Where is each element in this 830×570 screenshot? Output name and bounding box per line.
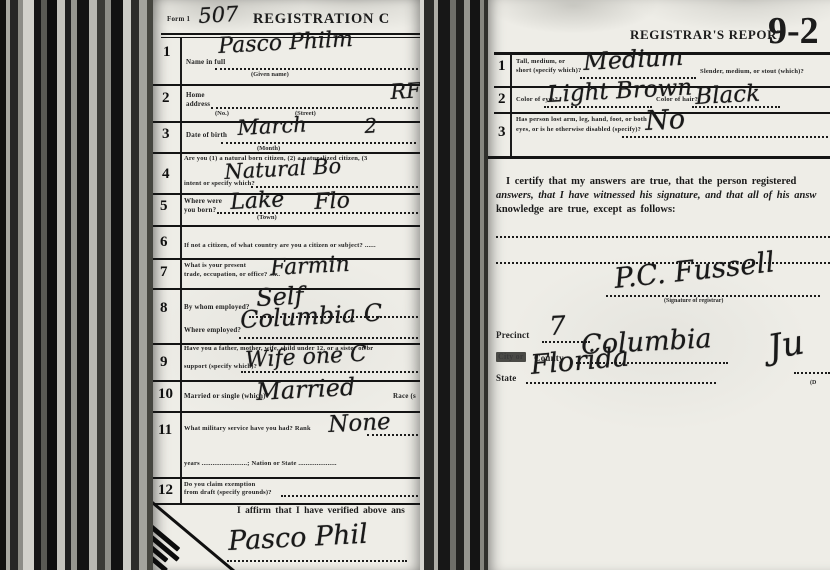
row11-divider [153, 477, 420, 479]
registrar-signature-caption: (Signature of registrar) [664, 298, 723, 304]
row12-label-line2: from draft (specify grounds)? [184, 489, 272, 497]
registration-date-handwritten: Ju [765, 322, 807, 368]
row12-line [281, 495, 418, 497]
row11-label: What military service have you had? Rank [184, 425, 311, 433]
row5-number: 5 [160, 198, 168, 215]
row6-number: 6 [160, 234, 168, 251]
row8-where-handwritten: Columbia C [240, 299, 383, 334]
row2-address-handwritten: RF [390, 78, 420, 104]
corner-stamp [153, 516, 188, 570]
row1-line [215, 68, 418, 70]
row7-label-line1: What is your present [184, 262, 246, 270]
row7-number: 7 [160, 264, 168, 281]
row1-name-handwritten: Pasco Philm [218, 27, 354, 59]
state-line [526, 382, 716, 384]
report-row1-label-right: Slender, medium, or stout (which)? [700, 68, 804, 76]
registration-card-page: Form 1 507 REGISTRATION C 1 Name in full… [153, 0, 420, 570]
report-row3-disabled-handwritten: No [644, 104, 685, 137]
row3-label: Date of birth [186, 131, 227, 140]
report-row1-label-line2: short (specify which)? [516, 67, 581, 75]
signature-line [227, 560, 407, 562]
report-row3-label-line1: Has person lost arm, leg, hand, foot, or… [516, 116, 647, 124]
date-line [794, 372, 830, 374]
registrar-signature: P.C. Fussell [613, 245, 777, 295]
row1-number: 1 [163, 44, 171, 61]
report-row1-number: 1 [498, 58, 506, 75]
row2-number: 2 [162, 90, 170, 107]
row7-trade-handwritten: Farmin [270, 252, 351, 281]
row4-number: 4 [162, 166, 170, 183]
row11-label2: years .........................; Nation … [184, 460, 337, 468]
certify-line2: answers, that I have witnessed his signa… [496, 190, 816, 201]
state-label: State [496, 373, 517, 384]
precinct-handwritten: 7 [548, 311, 566, 342]
number-column-rule [180, 38, 182, 503]
card-box-bottom [153, 503, 420, 505]
report-row3-number: 3 [498, 124, 506, 141]
registrar-signature-line [606, 295, 820, 297]
precinct-label: Precinct [496, 330, 529, 341]
row12-number: 12 [158, 482, 173, 499]
date-caption: (D [810, 380, 816, 386]
row2-label: Home address [186, 91, 228, 109]
row5-town-handwritten: Lake [230, 187, 285, 215]
report-row2-line1 [544, 106, 652, 108]
film-stripe-band-left [0, 0, 153, 570]
report-number-column-rule [510, 54, 512, 158]
row7-label-line2: trade, occupation, or office? ...... [184, 271, 280, 279]
row3-day-handwritten: 2 [364, 113, 378, 138]
report-row2-line2 [692, 106, 780, 108]
row3-month-handwritten: March [237, 112, 308, 140]
row4-divider [153, 193, 420, 195]
row5-divider [153, 225, 420, 227]
row3-line [221, 142, 416, 144]
report-title: REGISTRAR'S REPORT [630, 27, 786, 43]
registrant-signature: Pasco Phil [227, 519, 368, 557]
exceptions-line1 [496, 236, 830, 238]
row9-line [241, 371, 418, 373]
report-stamp-number: 9-2 [768, 12, 819, 50]
row11-number: 11 [158, 422, 172, 439]
row1-label: Name in full [186, 58, 225, 67]
row9-number: 9 [160, 354, 168, 371]
row1-divider [153, 84, 420, 86]
certify-line1: I certify that my answers are true, that… [506, 176, 796, 187]
film-stripe-band-middle [420, 0, 488, 570]
row4-label-bottom: intent or specify which? [184, 180, 255, 188]
row6-label: If not a citizen, of what country are yo… [184, 242, 376, 250]
row10-number: 10 [158, 386, 173, 403]
row2-line [211, 107, 418, 109]
scanned-document: { "left": { "form_label": "Form 1", "ser… [0, 0, 830, 570]
row12-label-line1: Do you claim exemption [184, 481, 255, 489]
form-number-label: Form 1 [167, 15, 190, 24]
report-row2-number: 2 [498, 91, 506, 108]
row8-line2 [239, 337, 418, 339]
row2-sublabel-no: (No.) [215, 110, 229, 117]
report-row1-build-handwritten: Medium [583, 43, 684, 76]
state-handwritten: Florida [529, 342, 630, 381]
county-label-struck: City or [496, 352, 526, 362]
card-title: REGISTRATION C [253, 11, 390, 28]
certify-line3: knowledge are true, except as follows: [496, 204, 676, 215]
row5-sublabel: (Town) [257, 214, 277, 221]
report-row3-line [622, 136, 828, 138]
serial-number-handwritten: 507 [198, 2, 239, 28]
report-row1-label-line1: Tall, medium, or [516, 58, 565, 66]
row8-label2: Where employed? [184, 326, 241, 335]
report-box-bottom [488, 156, 830, 159]
row3-divider [153, 152, 420, 154]
row3-number: 3 [162, 126, 170, 143]
affirmation-text: I affirm that I have verified above ans [237, 506, 405, 516]
row8-number: 8 [160, 300, 168, 317]
report-row2-label-hair: Color of hair? [656, 96, 698, 104]
row5-state-handwritten: Flo [314, 188, 351, 215]
row10-race-label: Race (s [393, 392, 416, 401]
report-row3-label-line2: eyes, or is he otherwise disabled (speci… [516, 126, 641, 134]
registrars-report-page: REGISTRAR'S REPORT 9-2 1 Tall, medium, o… [488, 0, 830, 570]
row1-sublabel: (Given name) [251, 71, 289, 78]
row5-line [217, 212, 418, 214]
row9-dependents-handwritten: Wife one C [245, 342, 368, 373]
row11-line [367, 434, 418, 436]
row10-married-handwritten: Married [256, 373, 356, 406]
row3-sublabel: (Month) [257, 145, 280, 152]
